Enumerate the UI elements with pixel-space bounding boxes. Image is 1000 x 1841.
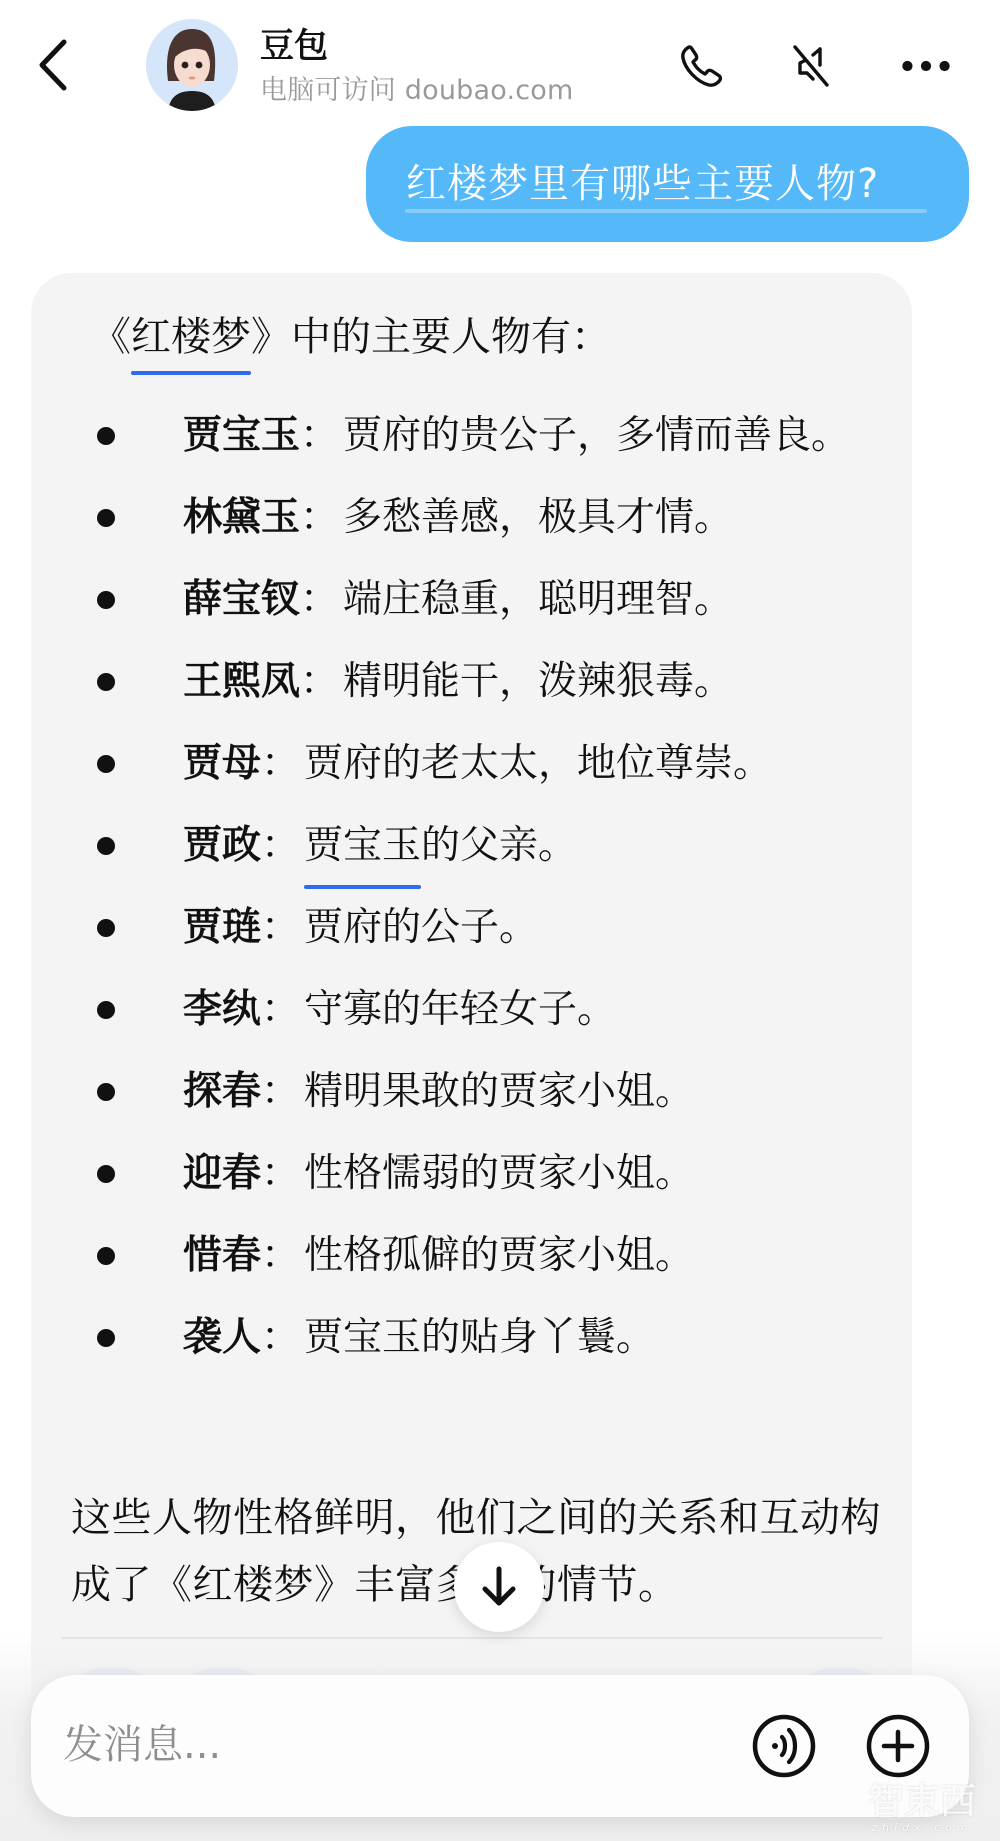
character-name: 贾政 <box>183 823 261 868</box>
watermark-url: zhidx.com <box>868 1821 976 1834</box>
bullet-icon <box>97 1165 115 1183</box>
character-name: 袭人 <box>183 1315 261 1360</box>
bullet-icon <box>97 509 115 527</box>
chat-subtitle: 电脑可访问 doubao.com <box>260 68 574 107</box>
user-message-text: 红楼梦里有哪些主要人物? <box>406 152 879 209</box>
list-item: 贾政：贾宝玉的父亲。 <box>91 813 871 879</box>
list-item: 贾宝玉：贾府的贵公子，多情而善良。 <box>91 403 871 469</box>
list-item: 王熙凤：精明能干，泼辣狠毒。 <box>91 649 871 715</box>
intro-prefix: 《 <box>91 314 131 360</box>
arrow-down-icon <box>479 1565 519 1609</box>
bullet-icon <box>97 837 115 855</box>
colon: ： <box>300 495 339 540</box>
bullet-icon <box>97 755 115 773</box>
phone-icon <box>677 41 727 91</box>
watermark: 智東西 zhidx.com <box>868 1783 976 1834</box>
bullet-icon <box>97 919 115 937</box>
ai-message-bubble: 《红楼梦》中的主要人物有： 贾宝玉：贾府的贵公子，多情而善良。 林黛玉：多愁善感… <box>31 273 912 1733</box>
bullet-icon <box>97 427 115 445</box>
colon: ： <box>261 823 300 868</box>
colon: ： <box>261 741 300 786</box>
chat-header: 豆包 电脑可访问 doubao.com <box>0 0 1000 120</box>
character-desc: 精明能干，泼辣狠毒。 <box>343 659 733 704</box>
intro-suffix: 》中的主要人物有： <box>251 314 611 360</box>
message-input[interactable] <box>63 1715 703 1775</box>
character-name: 王熙凤 <box>183 659 300 704</box>
message-composer <box>31 1675 969 1817</box>
watermark-logo: 智東西 <box>868 1783 976 1821</box>
character-name: 贾琏 <box>183 905 261 950</box>
avatar-girl-icon <box>146 19 238 111</box>
character-desc: 贾府的老太太，地位尊崇。 <box>304 741 772 786</box>
jiabaoyu-link[interactable]: 贾宝玉 <box>304 813 421 879</box>
voice-input-button[interactable] <box>751 1713 817 1779</box>
list-item: 李纨：守寡的年轻女子。 <box>91 977 871 1043</box>
user-message-underline <box>405 209 927 213</box>
bullet-icon <box>97 1083 115 1101</box>
colon: ： <box>300 577 339 622</box>
colon: ： <box>300 413 339 458</box>
character-name: 探春 <box>183 1069 261 1114</box>
avatar[interactable] <box>146 19 238 111</box>
more-button[interactable] <box>900 40 952 92</box>
character-desc: 贾府的贵公子，多情而善良。 <box>343 413 850 458</box>
colon: ： <box>261 1233 300 1278</box>
character-desc: 守寡的年轻女子。 <box>304 987 616 1032</box>
bullet-icon <box>97 673 115 691</box>
colon: ： <box>261 1315 300 1360</box>
list-item: 贾琏：贾府的公子。 <box>91 895 871 961</box>
colon: ： <box>261 1069 300 1114</box>
character-name: 惜春 <box>183 1233 261 1278</box>
call-button[interactable] <box>676 40 728 92</box>
character-name: 李纨 <box>183 987 261 1032</box>
character-name: 迎春 <box>183 1151 261 1196</box>
colon: ： <box>261 1151 300 1196</box>
list-item: 薛宝钗：端庄稳重，聪明理智。 <box>91 567 871 633</box>
bullet-icon <box>97 1001 115 1019</box>
character-name: 贾宝玉 <box>183 413 300 458</box>
back-icon <box>36 38 72 92</box>
colon: ： <box>261 905 300 950</box>
list-item: 迎春：性格懦弱的贾家小姐。 <box>91 1141 871 1207</box>
character-list: 贾宝玉：贾府的贵公子，多情而善良。 林黛玉：多愁善感，极具才情。 薛宝钗：端庄稳… <box>91 403 871 1387</box>
ai-intro-line: 《红楼梦》中的主要人物有： <box>91 309 611 365</box>
character-name: 薛宝钗 <box>183 577 300 622</box>
list-item: 惜春：性格孤僻的贾家小姐。 <box>91 1223 871 1289</box>
character-desc: 贾府的公子。 <box>304 905 538 950</box>
speaker-muted-icon <box>787 41 837 91</box>
scroll-to-bottom-button[interactable] <box>454 1542 544 1632</box>
list-item: 林黛玉：多愁善感，极具才情。 <box>91 485 871 551</box>
character-name: 林黛玉 <box>183 495 300 540</box>
bullet-icon <box>97 591 115 609</box>
bullet-icon <box>97 1329 115 1347</box>
character-desc: 性格懦弱的贾家小姐。 <box>304 1151 694 1196</box>
character-desc: 端庄稳重，聪明理智。 <box>343 577 733 622</box>
plus-circle-icon <box>865 1713 931 1779</box>
list-item: 探春：精明果敢的贾家小姐。 <box>91 1059 871 1125</box>
character-desc: 精明果敢的贾家小姐。 <box>304 1069 694 1114</box>
hongloumeng-link[interactable]: 红楼梦 <box>131 309 251 365</box>
character-desc: 多愁善感，极具才情。 <box>343 495 733 540</box>
chat-title: 豆包 <box>260 18 328 67</box>
colon: ： <box>300 659 339 704</box>
colon: ： <box>261 987 300 1032</box>
voice-wave-icon <box>751 1713 817 1779</box>
list-item: 贾母：贾府的老太太，地位尊崇。 <box>91 731 871 797</box>
user-message-bubble[interactable]: 红楼梦里有哪些主要人物? <box>366 126 969 242</box>
character-desc: 的父亲。 <box>421 823 577 868</box>
add-attachment-button[interactable] <box>865 1713 931 1779</box>
back-button[interactable] <box>36 38 72 92</box>
character-desc: 贾宝玉的贴身丫鬟。 <box>304 1315 655 1360</box>
character-desc: 性格孤僻的贾家小姐。 <box>304 1233 694 1278</box>
more-icon <box>900 58 952 74</box>
character-name: 贾母 <box>183 741 261 786</box>
mute-toggle[interactable] <box>786 40 838 92</box>
list-item: 袭人：贾宝玉的贴身丫鬟。 <box>91 1305 871 1371</box>
bullet-icon <box>97 1247 115 1265</box>
